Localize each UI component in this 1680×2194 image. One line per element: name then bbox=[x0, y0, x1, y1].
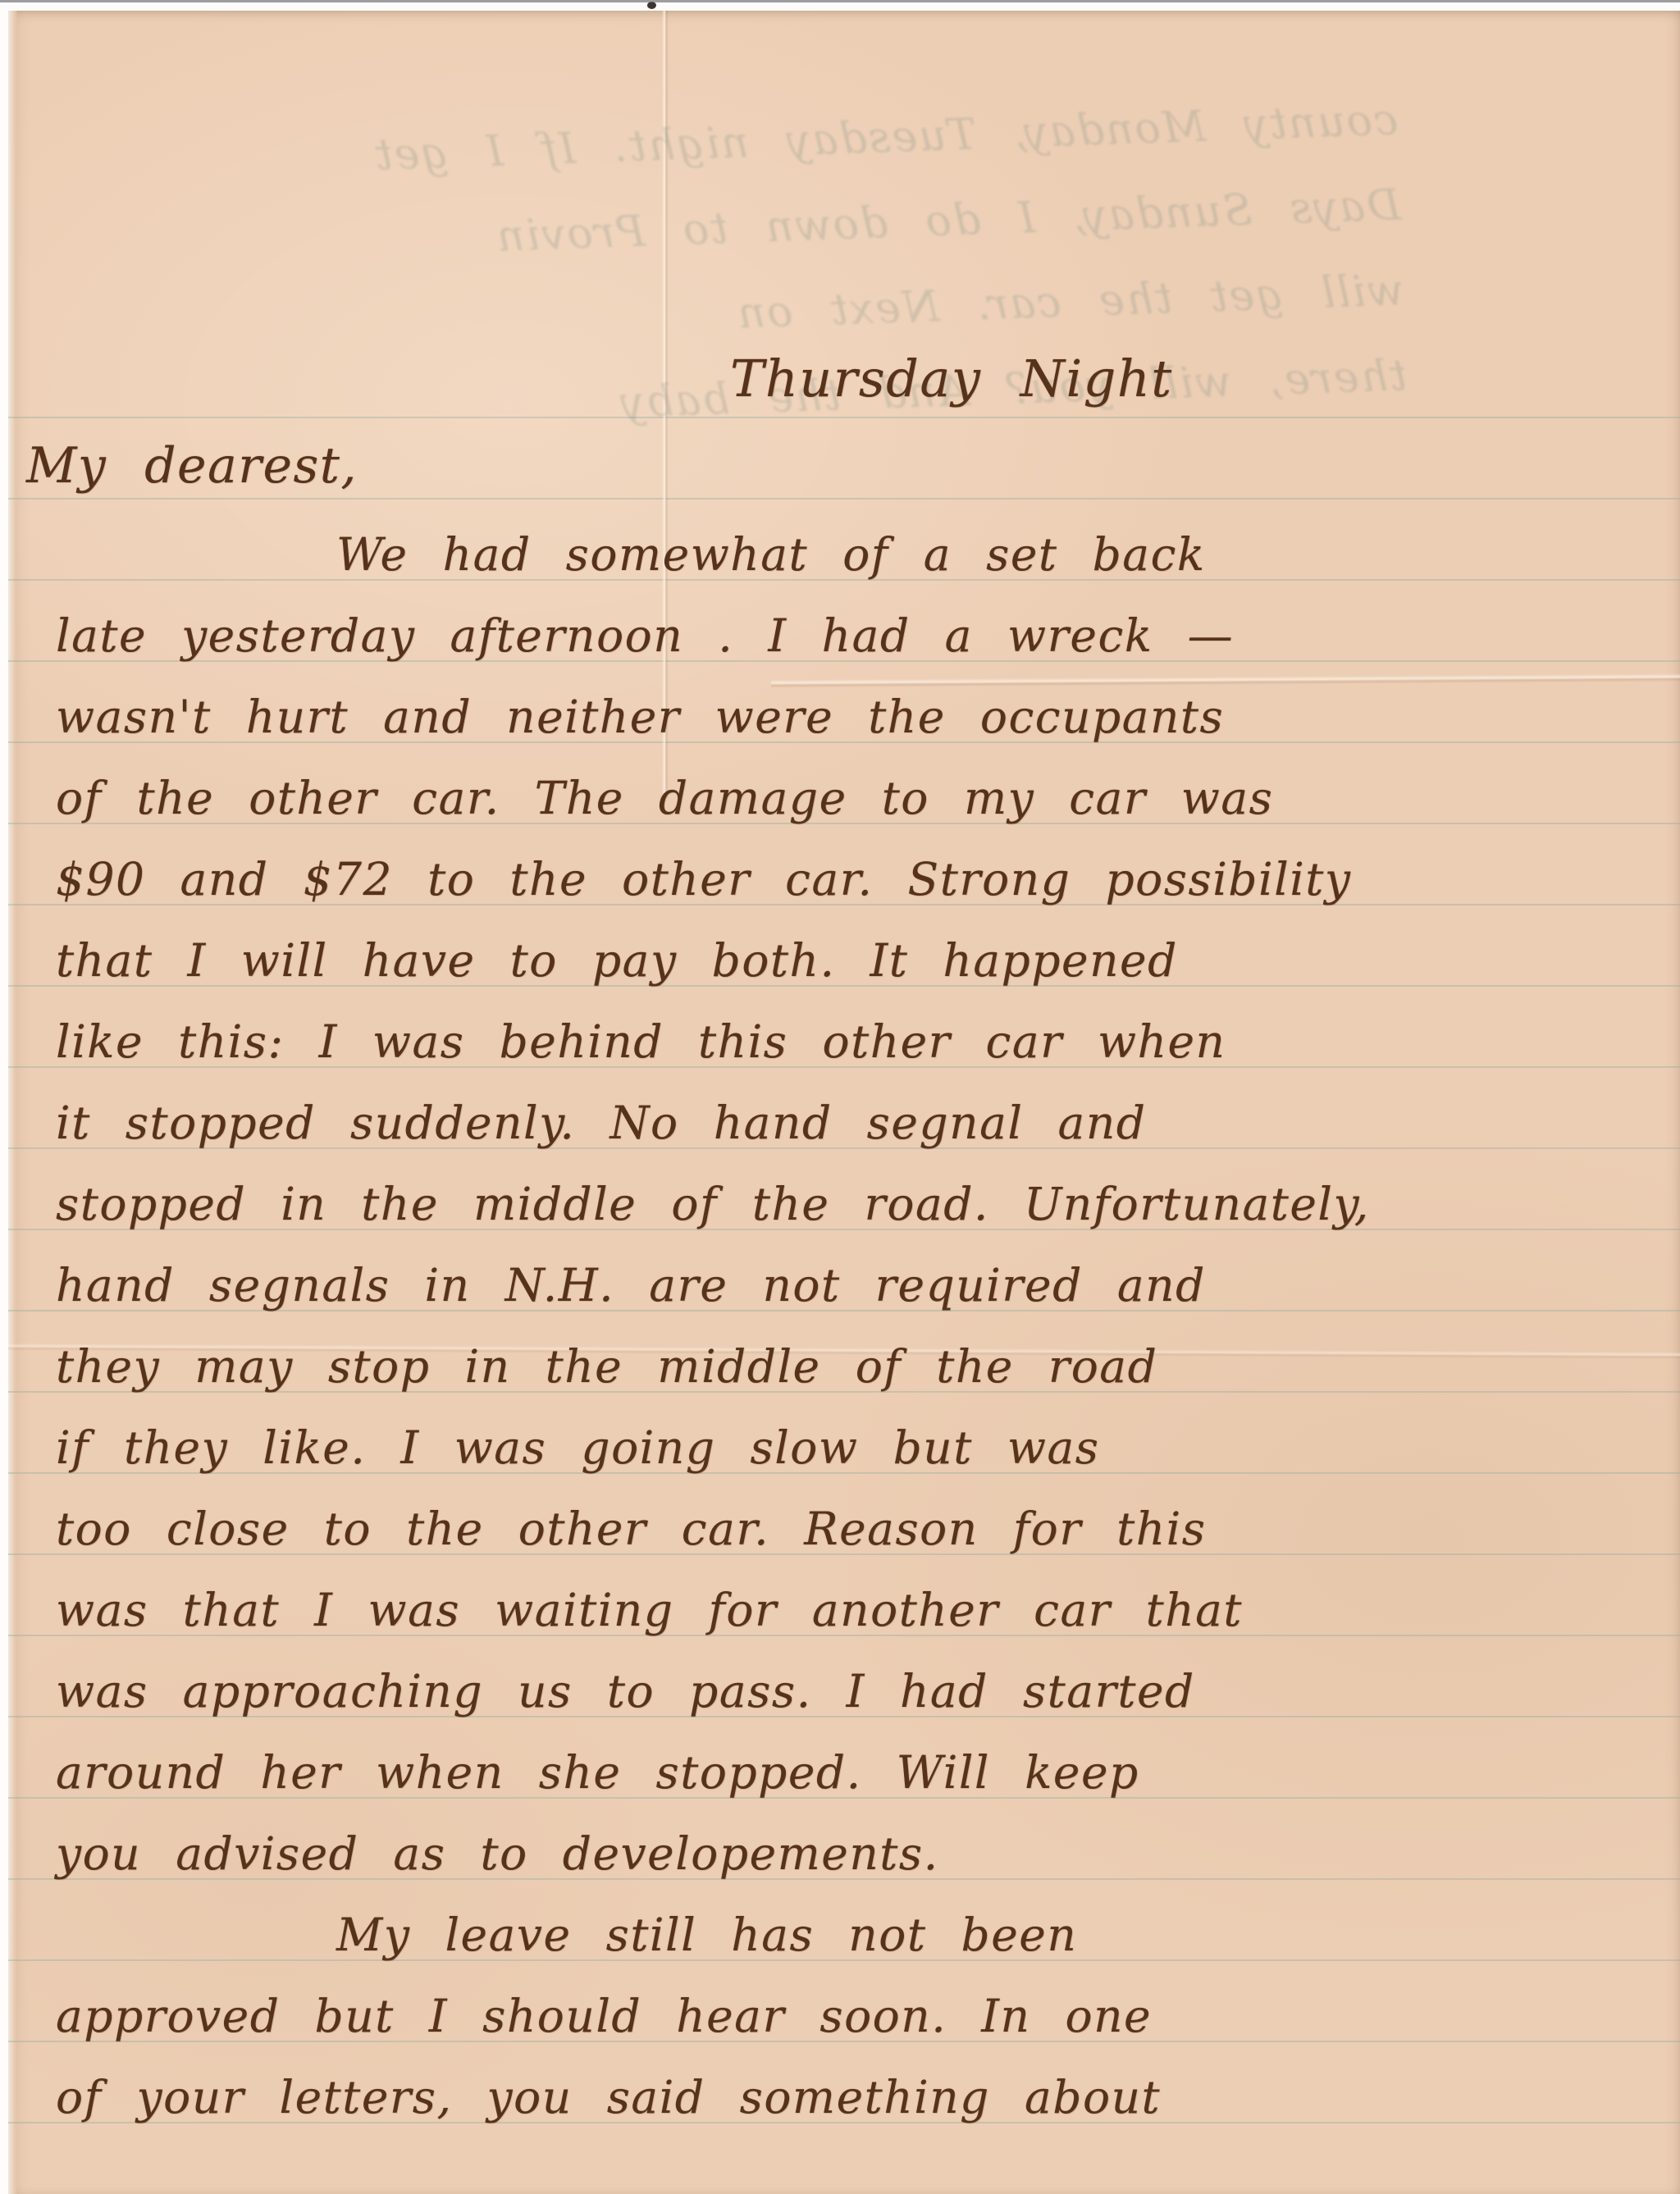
salutation: My dearest, bbox=[26, 437, 358, 495]
letter-body: We had somewhat of a set backlate yester… bbox=[8, 516, 1672, 2140]
scan-background: county Monday, Tuesday night. If I getDa… bbox=[0, 0, 1680, 2194]
letter-line: of the other car. The damage to my car w… bbox=[8, 759, 1672, 841]
letter-line: like this: I was behind this other car w… bbox=[8, 1003, 1672, 1084]
letter-line: you advised as to developements. bbox=[8, 1815, 1672, 1896]
letter-line: they may stop in the middle of the road bbox=[8, 1328, 1672, 1409]
letter-line: if they like. I was going slow but was bbox=[8, 1409, 1672, 1490]
letter-line: too close to the other car. Reason for t… bbox=[8, 1490, 1672, 1571]
ink-speck bbox=[647, 2, 656, 9]
letter-line: it stopped suddenly. No hand segnal and bbox=[8, 1084, 1672, 1165]
letter-page: county Monday, Tuesday night. If I getDa… bbox=[8, 11, 1680, 2194]
letter-line: that I will have to pay both. It happene… bbox=[8, 922, 1672, 1003]
letter-line: $90 and $72 to the other car. Strong pos… bbox=[8, 841, 1672, 922]
letter-line: late yesterday afternoon . I had a wreck… bbox=[8, 597, 1672, 678]
letter-line: hand segnals in N.H. are not required an… bbox=[8, 1247, 1672, 1328]
letter-line: My leave still has not been bbox=[8, 1896, 1672, 1977]
letter-line: was that I was waiting for another car t… bbox=[8, 1571, 1672, 1653]
date-line: Thursday Night bbox=[730, 349, 1173, 408]
letter-line: We had somewhat of a set back bbox=[8, 516, 1672, 597]
letter-line: was approaching us to pass. I had starte… bbox=[8, 1653, 1672, 1734]
letter-line: wasn't hurt and neither were the occupan… bbox=[8, 678, 1672, 759]
letter-line: of your letters, you said something abou… bbox=[8, 2059, 1672, 2140]
bleed-through-line: Days Sunday, I do down to Provin bbox=[55, 162, 1403, 294]
letter-line: stopped in the middle of the road. Unfor… bbox=[8, 1165, 1672, 1247]
letter-line: around her when she stopped. Will keep bbox=[8, 1734, 1672, 1815]
letter-line: approved but I should hear soon. In one bbox=[8, 1977, 1672, 2059]
bleed-through-line: county Monday, Tuesday night. If I get bbox=[52, 78, 1399, 210]
